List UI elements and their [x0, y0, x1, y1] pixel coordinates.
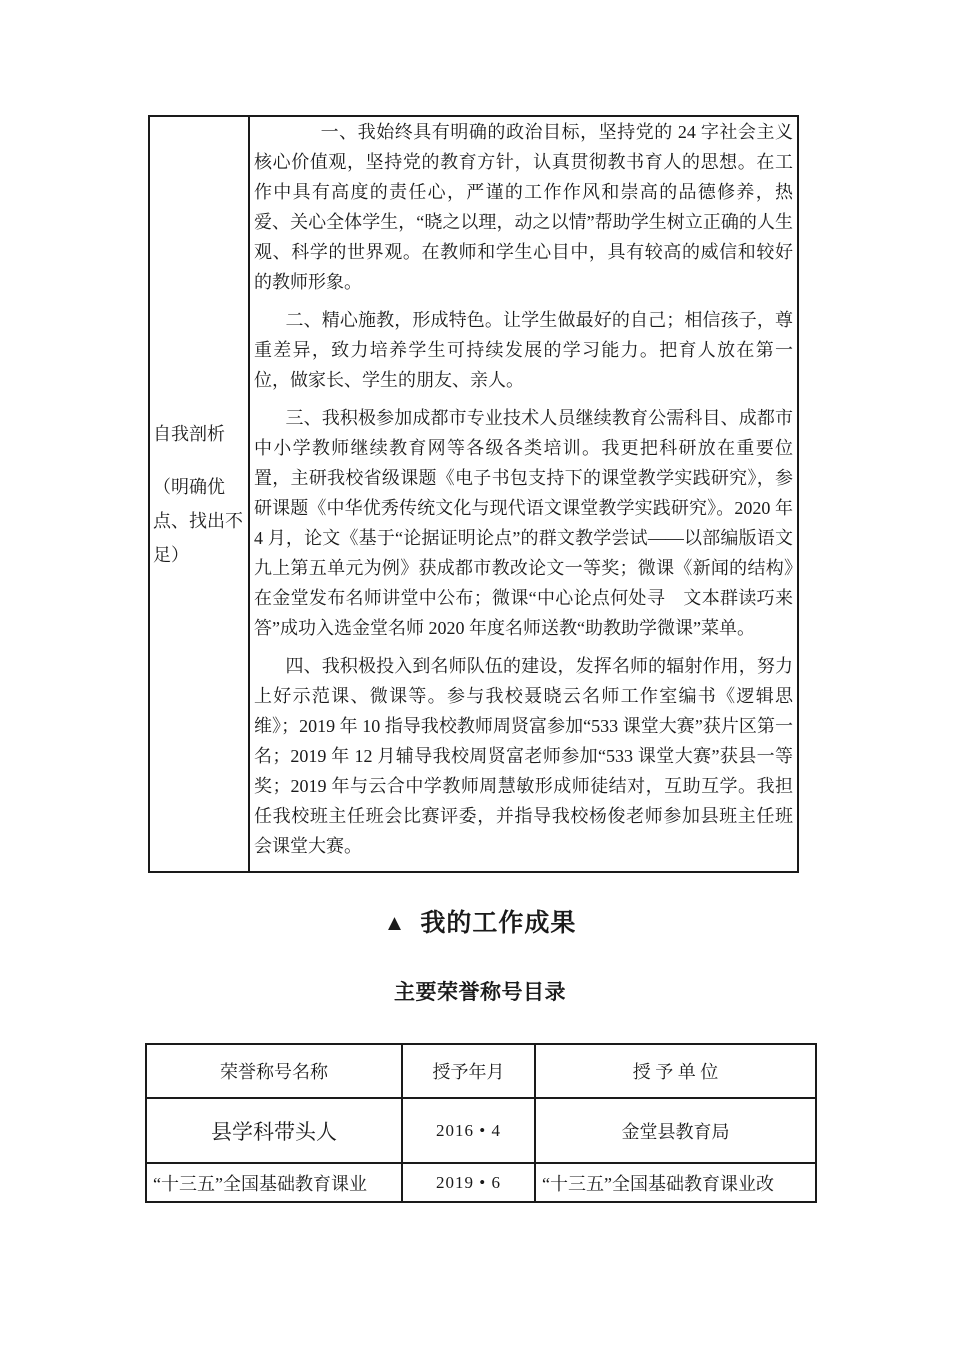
honors-header-name: 荣誉称号名称 [147, 1045, 403, 1099]
honor-date-cell: 2016 • 4 [403, 1099, 536, 1164]
honors-directory-subtitle: 主要荣誉称号目录 [0, 976, 960, 1006]
work-results-title: 我的工作成果 [420, 910, 576, 937]
analysis-paragraph-2: 二、精心施教，形成特色。让学生做最好的自己；相信孩子，尊重差异，致力培养学生可持… [254, 305, 793, 395]
analysis-paragraph-5: “教无止境，学无定法”，我渴望提升自己的专业素养。将在今后的工作中虚心学习，探究… [254, 869, 793, 871]
honor-unit-cell: 金堂县教育局 [536, 1099, 815, 1164]
honor-name-cell: 县学科带头人 [147, 1099, 403, 1164]
document-page: 自我剖析 （明确优点、找出不足） 一、我始终具有明确的政治目标，坚持党的 24 … [0, 0, 960, 1357]
self-analysis-title: 自我剖析 [153, 417, 247, 451]
self-analysis-label-cell: 自我剖析 （明确优点、找出不足） [150, 117, 250, 871]
analysis-paragraph-3: 三、我积极参加成都市专业技术人员继续教育公需科目、成都市中小学教师继续教育网等各… [254, 403, 793, 643]
honors-header-date: 授予年月 [403, 1045, 536, 1099]
work-results-heading: ▲我的工作成果 [0, 903, 960, 939]
honor-name-cell: “十三五”全国基础教育课业 [147, 1164, 403, 1201]
honors-table: 荣誉称号名称 授予年月 授 予 单 位 县学科带头人 2016 • 4 金堂县教… [145, 1043, 817, 1203]
analysis-paragraph-4: 四、我积极投入到名师队伍的建设，发挥名师的辐射作用，努力上好示范课、微课等。参与… [254, 651, 793, 861]
self-analysis-table: 自我剖析 （明确优点、找出不足） 一、我始终具有明确的政治目标，坚持党的 24 … [148, 115, 799, 873]
self-analysis-content: 一、我始终具有明确的政治目标，坚持党的 24 字社会主义核心价值观，坚持党的教育… [250, 117, 797, 871]
triangle-icon: ▲ [384, 910, 407, 935]
analysis-paragraph-1: 一、我始终具有明确的政治目标，坚持党的 24 字社会主义核心价值观，坚持党的教育… [254, 117, 793, 297]
honor-unit-cell: “十三五”全国基础教育课业改 [536, 1164, 815, 1201]
honors-header-unit: 授 予 单 位 [536, 1045, 815, 1099]
honor-date-cell: 2019 • 6 [403, 1164, 536, 1201]
self-analysis-note: （明确优点、找出不足） [153, 470, 247, 572]
